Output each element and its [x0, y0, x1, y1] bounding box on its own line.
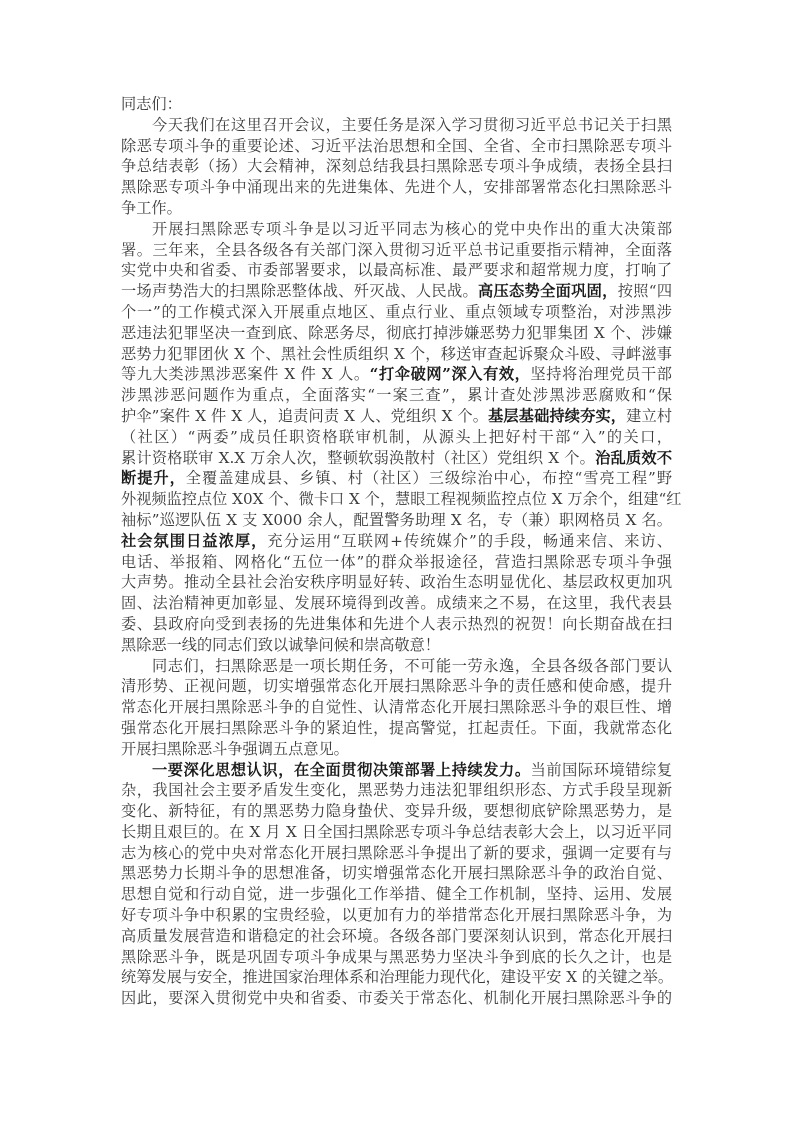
body-text: 固、法治精神更加彰显、发展环境得到改善。成绩来之不易，在这里，我代表县 — [121, 594, 672, 612]
body-text: 署。三年来，全县各级各有关部门深入贯彻习近平总书记重要指示精神，全面落 — [121, 241, 672, 259]
bold-heading-text: 一要深化思想认识，在全面贯彻决策部署上持续发力。 — [152, 761, 531, 779]
text-line: 黑除恶斗争，既是巩固专项斗争成果与黑恶势力坚决斗争到底的长久之计，也是 — [121, 947, 672, 968]
text-line: 开展扫黑除恶斗争强调五点意见。 — [121, 739, 672, 760]
body-text: 委、县政府向受到表扬的先进集体和先进个人表示热烈的祝贺！向长期奋战在扫 — [121, 615, 672, 633]
text-line: 黑除恶专项斗争中涌现出来的先进集体、先进个人，安排部署常态化扫黑除恶斗 — [121, 177, 672, 198]
text-line: 恶违法犯罪坚决一查到底、除恶务尽，彻底打掉涉嫌恶势力犯罪集团 X 个、涉嫌 — [121, 323, 672, 344]
text-line: 思想自觉和行动自觉，进一步强化工作举措、健全工作机制，坚持、运用、发展 — [121, 884, 672, 905]
body-text: 志为核心的党中央对常态化开展扫黑除恶斗争提出了新的要求，强调一定要有与 — [121, 844, 672, 862]
text-line: 争总结表彰（扬）大会精神，深刻总结我县扫黑除恶专项斗争成绩，表扬全县扫 — [121, 156, 672, 177]
body-text: 电话、举报箱、网格化“五位一体”的群众举报途径，营造扫黑除恶专项斗争强 — [121, 553, 672, 571]
text-line: 电话、举报箱、网格化“五位一体”的群众举报途径，营造扫黑除恶专项斗争强 — [121, 552, 672, 573]
text-line: 同志们，扫黑除恶是一项长期任务，不可能一劳永逸，全县各级各部门要认 — [121, 656, 672, 677]
body-text: 护伞”案件 X 件 X 人，追责问责 X 人、党组织 X 个。 — [121, 407, 488, 425]
body-text: 杂，我国社会主要矛盾发生变化，黑恶势力违法犯罪组织形态、方式手段呈现新 — [121, 781, 672, 799]
body-text: 恶违法犯罪坚决一查到底、除恶务尽，彻底打掉涉嫌恶势力犯罪集团 X 个、涉嫌 — [121, 324, 672, 342]
body-text: 涉黑涉恶问题作为重点，全面落实“一案三查”，累计查处涉黑涉恶腐败和“保 — [121, 386, 672, 404]
text-line: 署。三年来，全县各级各有关部门深入贯彻习近平总书记重要指示精神，全面落 — [121, 240, 672, 261]
bold-heading-text: 断提升， — [121, 469, 186, 487]
salutation-line: 同志们： — [121, 94, 672, 115]
text-line: 变化、新特征，有的黑恶势力隐身蛰伏、变异升级，要想彻底铲除黑恶势力，是 — [121, 801, 672, 822]
text-line: 志为核心的党中央对常态化开展扫黑除恶斗争提出了新的要求，强调一定要有与 — [121, 843, 672, 864]
body-text: 高质量发展营造和谐稳定的社会环境。各级各部门要深刻认识到，常态化开展扫 — [121, 927, 672, 945]
body-text: 除恶专项斗争的重要论述、习近平法治思想和全国、全省、全市扫黑除恶专项斗 — [121, 137, 672, 155]
body-text: 开展扫黑除恶专项斗争是以习近平同志为核心的党中央作出的重大决策部 — [152, 220, 672, 238]
text-line: 清形势、正视问题，切实增强常态化开展扫黑除恶斗争的责任感和使命感，提升 — [121, 676, 672, 697]
bold-heading-text: “打伞破网”深入有效， — [370, 365, 531, 383]
body-text: 建立村 — [626, 407, 672, 425]
bold-heading-text: 社会氛围日益浓厚， — [121, 532, 267, 550]
body-text: 当前国际环境错综复 — [531, 761, 672, 779]
text-line: 强常态化开展扫黑除恶斗争的紧迫性，提高警觉，扛起责任。下面，我就常态化 — [121, 718, 672, 739]
text-line: 统筹发展与安全，推进国家治理体系和治理能力现代化，建设平安 X 的关键之举。 — [121, 967, 672, 988]
text-line: 争工作。 — [121, 198, 672, 219]
body-text: 今天我们在这里召开会议，主要任务是深入学习贯彻习近平总书记关于扫黑 — [152, 116, 672, 134]
body-text: 全覆盖建成县、乡镇、村（社区）三级综治中心，布控“雪亮工程”野 — [186, 469, 672, 487]
body-text: 黑除恶斗争，既是巩固专项斗争成果与黑恶势力坚决斗争到底的长久之计，也是 — [121, 948, 672, 966]
body-text: 强常态化开展扫黑除恶斗争的紧迫性，提高警觉，扛起责任。下面，我就常态化 — [121, 719, 672, 737]
text-line: 恶势力犯罪团伙 X 个、黑社会性质组织 X 个，移送审查起诉聚众斗殴、寻衅滋事 — [121, 344, 672, 365]
body-text: 统筹发展与安全，推进国家治理体系和治理能力现代化，建设平安 X 的关键之举。 — [121, 968, 673, 986]
body-text: 袖标”巡逻队伍 X 支 X000 余人，配置警务助理 X 名，专（兼）职网格员 … — [121, 511, 672, 529]
text-line: 杂，我国社会主要矛盾发生变化，黑恶势力违法犯罪组织形态、方式手段呈现新 — [121, 780, 672, 801]
body-text: 常态化开展扫黑除恶斗争的自觉性、认清常态化开展扫黑除恶斗争的艰巨性、增 — [121, 698, 672, 716]
body-text: 黑除恶专项斗争中涌现出来的先进集体、先进个人，安排部署常态化扫黑除恶斗 — [121, 178, 672, 196]
body-text: 坚持将治理党员干部 — [530, 365, 672, 383]
body-text: 外视频监控点位 X0X 个、微卡口 X 个，慧眼工程视频监控点位 X 万余个，组… — [121, 490, 681, 508]
text-line: 固、法治精神更加彰显、发展环境得到改善。成绩来之不易，在这里，我代表县 — [121, 593, 672, 614]
body-text: 同志们，扫黑除恶是一项长期任务，不可能一劳永逸，全县各级各部门要认 — [152, 657, 672, 675]
body-text: 变化、新特征，有的黑恶势力隐身蛰伏、变异升级，要想彻底铲除黑恶势力，是 — [121, 802, 672, 820]
body-text: 实党中央和省委、市委部署要求，以最高标准、最严要求和超常规力度，打响了 — [121, 261, 672, 279]
body-text: 长期且艰巨的。在 X 月 X 日全国扫黑除恶专项斗争总结表彰大会上，以习近平同 — [121, 823, 672, 841]
text-line: 开展扫黑除恶专项斗争是以习近平同志为核心的党中央作出的重大决策部 — [121, 219, 672, 240]
bold-heading-text: 高压态势全面巩固， — [478, 282, 618, 300]
text-line: 长期且艰巨的。在 X 月 X 日全国扫黑除恶专项斗争总结表彰大会上，以习近平同 — [121, 822, 672, 843]
body-text: 清形势、正视问题，切实增强常态化开展扫黑除恶斗争的责任感和使命感，提升 — [121, 677, 672, 695]
body-text: 同志们： — [121, 95, 182, 113]
text-line: 黑除恶一线的同志们致以诚挚问候和崇高敬意！ — [121, 635, 672, 656]
body-text: 争总结表彰（扬）大会精神，深刻总结我县扫黑除恶专项斗争成绩，表扬全县扫 — [121, 157, 672, 175]
bold-heading-text: 基层基础持续夯实， — [488, 407, 626, 425]
body-text: 黑恶势力长期斗争的思想准备，切实增强常态化开展扫黑除恶斗争的政治自觉、 — [121, 864, 672, 882]
text-line: 实党中央和省委、市委部署要求，以最高标准、最严要求和超常规力度，打响了 — [121, 260, 672, 281]
body-text: 等九大类涉黑涉恶案件 X 件 X 人。 — [121, 365, 370, 383]
body-text: 一场声势浩大的扫黑除恶整体战、歼灭战、人民战。 — [121, 282, 478, 300]
bold-heading-text: 治乱质效不 — [595, 449, 672, 467]
text-line: 高质量发展营造和谐稳定的社会环境。各级各部门要深刻认识到，常态化开展扫 — [121, 926, 672, 947]
body-text: 开展扫黑除恶斗争强调五点意见。 — [121, 740, 349, 758]
body-text: （社区）“两委”成员任职资格联审机制，从源头上把好村干部“入”的关口， — [121, 428, 672, 446]
text-line: 一要深化思想认识，在全面贯彻决策部署上持续发力。当前国际环境错综复 — [121, 760, 672, 781]
text-line: 委、县政府向受到表扬的先进集体和先进个人表示热烈的祝贺！向长期奋战在扫 — [121, 614, 672, 635]
text-line: 涉黑涉恶问题作为重点，全面落实“一案三查”，累计查处涉黑涉恶腐败和“保 — [121, 385, 672, 406]
text-line: 黑恶势力长期斗争的思想准备，切实增强常态化开展扫黑除恶斗争的政治自觉、 — [121, 863, 672, 884]
body-text: 充分运用“互联网+传统媒介”的手段，畅通来信、来访、 — [267, 532, 672, 550]
text-line: （社区）“两委”成员任职资格联审机制，从源头上把好村干部“入”的关口， — [121, 427, 672, 448]
body-text: 个一”的工作模式深入开展重点地区、重点行业、重点领域专项整治，对涉黑涉 — [121, 303, 672, 321]
text-line: 常态化开展扫黑除恶斗争的自觉性、认清常态化开展扫黑除恶斗争的艰巨性、增 — [121, 697, 672, 718]
speech-body: 同志们：今天我们在这里召开会议，主要任务是深入学习贯彻习近平总书记关于扫黑除恶专… — [121, 94, 672, 1009]
body-text: 大声势。推动全县社会治安秩序明显好转、政治生态明显优化、基层政权更加巩 — [121, 573, 672, 591]
text-line: 除恶专项斗争的重要论述、习近平法治思想和全国、全省、全市扫黑除恶专项斗 — [121, 136, 672, 157]
body-text: 思想自觉和行动自觉，进一步强化工作举措、健全工作机制，坚持、运用、发展 — [121, 885, 672, 903]
text-line: 大声势。推动全县社会治安秩序明显好转、政治生态明显优化、基层政权更加巩 — [121, 572, 672, 593]
text-line: 等九大类涉黑涉恶案件 X 件 X 人。“打伞破网”深入有效，坚持将治理党员干部 — [121, 364, 672, 385]
text-line: 护伞”案件 X 件 X 人，追责问责 X 人、党组织 X 个。基层基础持续夯实，… — [121, 406, 672, 427]
text-line: 袖标”巡逻队伍 X 支 X000 余人，配置警务助理 X 名，专（兼）职网格员 … — [121, 510, 672, 531]
body-text: 黑除恶一线的同志们致以诚挚问候和崇高敬意！ — [121, 636, 440, 654]
text-line: 社会氛围日益浓厚，充分运用“互联网+传统媒介”的手段，畅通来信、来访、 — [121, 531, 672, 552]
body-text: 因此，要深入贯彻党中央和省委、市委关于常态化、机制化开展扫黑除恶斗争的 — [121, 989, 672, 1007]
text-line: 今天我们在这里召开会议，主要任务是深入学习贯彻习近平总书记关于扫黑 — [121, 115, 672, 136]
text-line: 好专项斗争中积累的宝贵经验，以更加有力的举措常态化开展扫黑除恶斗争，为 — [121, 905, 672, 926]
body-text: 恶势力犯罪团伙 X 个、黑社会性质组织 X 个，移送审查起诉聚众斗殴、寻衅滋事 — [121, 345, 672, 363]
text-line: 断提升，全覆盖建成县、乡镇、村（社区）三级综治中心，布控“雪亮工程”野 — [121, 468, 672, 489]
body-text: 好专项斗争中积累的宝贵经验，以更加有力的举措常态化开展扫黑除恶斗争，为 — [121, 906, 672, 924]
text-line: 因此，要深入贯彻党中央和省委、市委关于常态化、机制化开展扫黑除恶斗争的 — [121, 988, 672, 1009]
text-line: 累计资格联审 X.X 万余人次，整顿软弱涣散村（社区）党组织 X 个。治乱质效不 — [121, 448, 672, 469]
body-text: 累计资格联审 X.X 万余人次，整顿软弱涣散村（社区）党组织 X 个。 — [121, 449, 595, 467]
body-text: 按照“四 — [618, 282, 672, 300]
text-line: 外视频监控点位 X0X 个、微卡口 X 个，慧眼工程视频监控点位 X 万余个，组… — [121, 489, 672, 510]
body-text: 争工作。 — [121, 199, 182, 217]
text-line: 一场声势浩大的扫黑除恶整体战、歼灭战、人民战。高压态势全面巩固，按照“四 — [121, 281, 672, 302]
document-page: 同志们：今天我们在这里召开会议，主要任务是深入学习贯彻习近平总书记关于扫黑除恶专… — [0, 0, 793, 1122]
text-line: 个一”的工作模式深入开展重点地区、重点行业、重点领域专项整治，对涉黑涉 — [121, 302, 672, 323]
